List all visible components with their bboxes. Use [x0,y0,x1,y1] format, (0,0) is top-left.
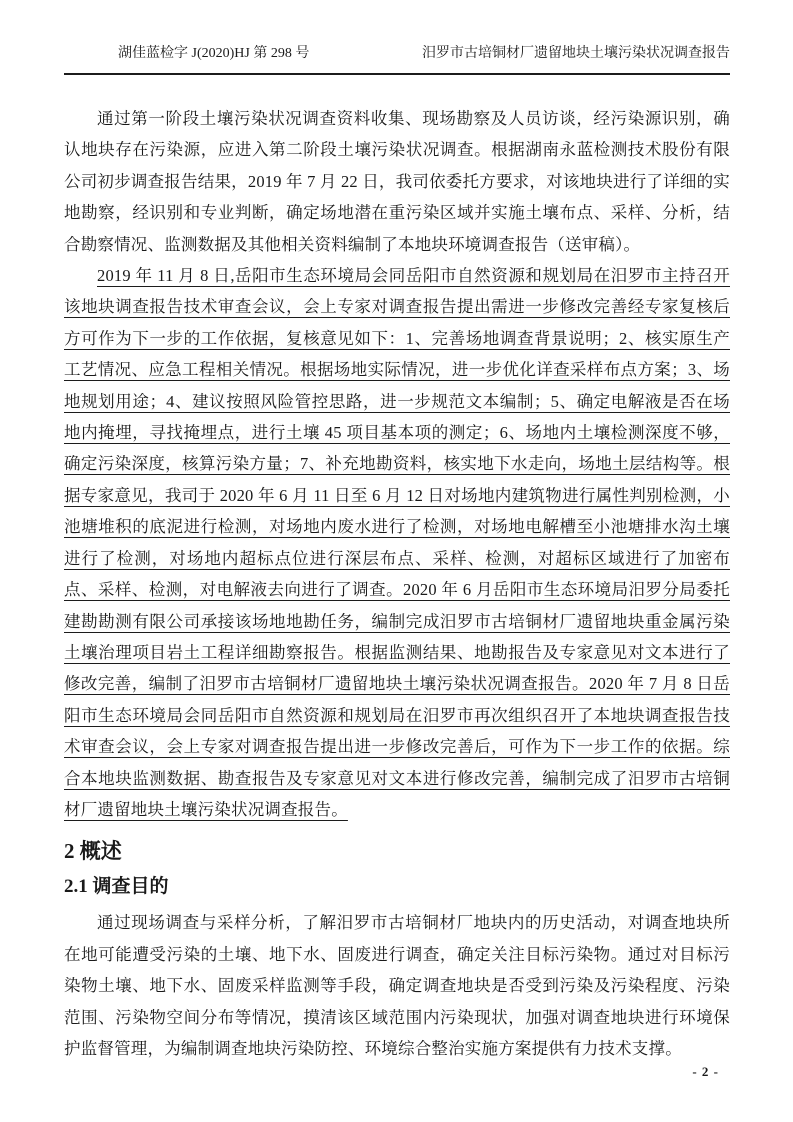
page-footer: - 2 - [692,1064,719,1080]
document-content: 通过第一阶段土壤污染状况调查资料收集、现场勘察及人员访谈，经污染源识别，确认地块… [64,103,730,1064]
paragraph-review-and-revision-history: 2019 年 11 月 8 日,岳阳市生态环境局会同岳阳市自然资源和规划局在汨罗… [64,260,730,825]
paragraph-survey-purpose: 通过现场调查与采样分析，了解汨罗市古培铜材厂地块内的历史活动，对调查地块所在地可… [64,907,730,1064]
document-page: 湖佳蓝检字 J(2020)HJ 第 298 号 汨罗市古培铜材厂遗留地块土壤污染… [0,0,793,1122]
page-header: 湖佳蓝检字 J(2020)HJ 第 298 号 汨罗市古培铜材厂遗留地块土壤污染… [64,44,730,75]
page-number: - 2 - [692,1064,719,1079]
header-doc-number: 湖佳蓝检字 J(2020)HJ 第 298 号 [118,44,309,64]
paragraph-phase1-survey-summary: 通过第一阶段土壤污染状况调查资料收集、现场勘察及人员访谈，经污染源识别，确认地块… [64,103,730,260]
subsection-heading-survey-purpose: 2.1 调查目的 [64,874,730,900]
section-heading-overview: 2 概述 [64,838,730,865]
header-report-title: 汨罗市古培铜材厂遗留地块土壤污染状况调查报告 [422,44,730,64]
